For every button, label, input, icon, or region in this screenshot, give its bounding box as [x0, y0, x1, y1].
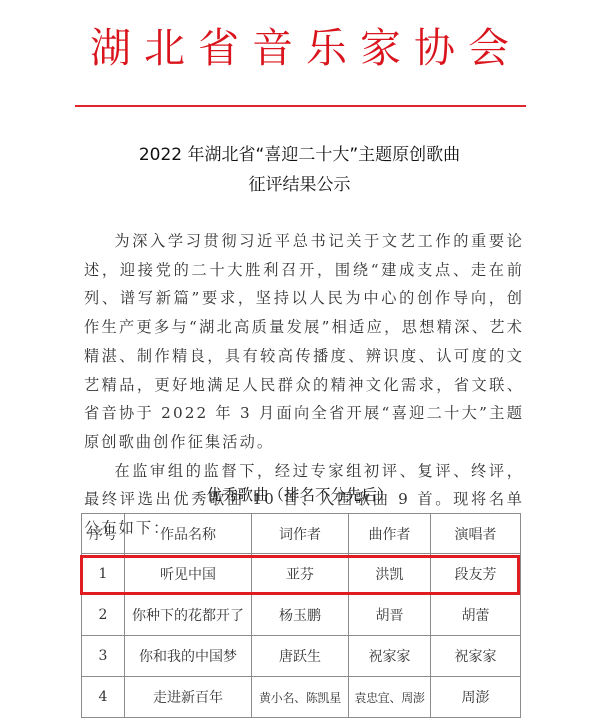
cell-no: 2 [82, 595, 125, 636]
header-title: 作品名称 [125, 514, 252, 554]
songs-table: 序号 作品名称 词作者 曲作者 演唱者 1 听见中国 亚芬 洪凯 段友芳 2 你… [81, 513, 521, 718]
header-lyricist: 词作者 [252, 514, 349, 554]
cell-singer: 周澎 [431, 677, 521, 718]
document-title-line2: 征评结果公示 [0, 171, 599, 199]
cell-composer: 祝家家 [349, 636, 431, 677]
cell-lyricist: 黄小名、陈凯星 [252, 677, 349, 718]
cell-lyricist: 唐跃生 [252, 636, 349, 677]
cell-singer: 祝家家 [431, 636, 521, 677]
organization-masthead: 湖北省音乐家协会 [0, 18, 599, 78]
cell-composer: 袁忠宜、周澎 [349, 677, 431, 718]
table-header-row: 序号 作品名称 词作者 曲作者 演唱者 [82, 514, 521, 554]
cell-composer: 洪凯 [349, 554, 431, 595]
table-row: 4 走进新百年 黄小名、陈凯星 袁忠宜、周澎 周澎 [82, 677, 521, 718]
header-singer: 演唱者 [431, 514, 521, 554]
header-composer: 曲作者 [349, 514, 431, 554]
table-caption: 优秀歌曲（排名不分先后） [0, 484, 599, 506]
cell-title: 你种下的花都开了 [125, 595, 252, 636]
table-row: 3 你和我的中国梦 唐跃生 祝家家 祝家家 [82, 636, 521, 677]
cell-composer: 胡晋 [349, 595, 431, 636]
cell-title: 听见中国 [125, 554, 252, 595]
table-row: 1 听见中国 亚芬 洪凯 段友芳 [82, 554, 521, 595]
cell-no: 1 [82, 554, 125, 595]
header-no: 序号 [82, 514, 125, 554]
body-paragraph-1: 为深入学习贯彻习近平总书记关于文艺工作的重要论述，迎接党的二十大胜利召开，围绕“… [84, 227, 524, 457]
cell-singer: 段友芳 [431, 554, 521, 595]
cell-no: 4 [82, 677, 125, 718]
cell-no: 3 [82, 636, 125, 677]
cell-title: 你和我的中国梦 [125, 636, 252, 677]
cell-lyricist: 亚芬 [252, 554, 349, 595]
cell-lyricist: 杨玉鹏 [252, 595, 349, 636]
table-row: 2 你种下的花都开了 杨玉鹏 胡晋 胡蕾 [82, 595, 521, 636]
document-title-line1: 2022 年湖北省“喜迎二十大”主题原创歌曲 [0, 141, 599, 169]
cell-singer: 胡蕾 [431, 595, 521, 636]
red-divider-line [75, 105, 526, 107]
cell-title: 走进新百年 [125, 677, 252, 718]
